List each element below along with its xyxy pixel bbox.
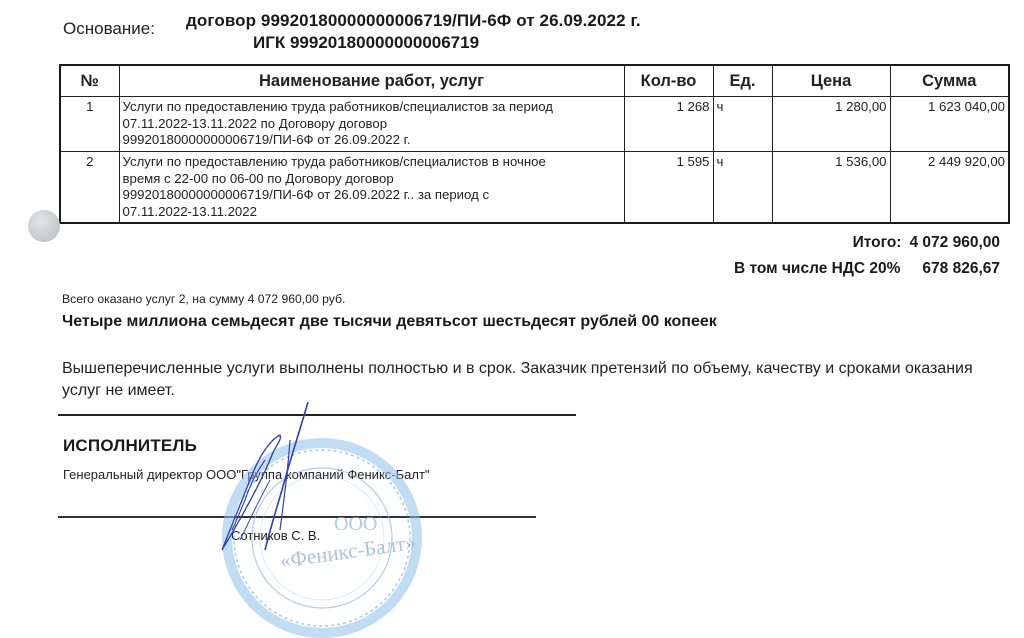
services-table: № Наименование работ, услуг Кол-во Ед. Ц… — [59, 64, 1010, 224]
col-header-price: Цена — [772, 65, 890, 97]
total-label: Итого: — [853, 234, 902, 252]
row-sum: 2 449 920,00 — [890, 152, 1009, 224]
row-service-name: Услуги по предоставлению труда работнико… — [119, 97, 624, 152]
service-name-line: время с 22-00 по 06-00 по Договору догов… — [123, 171, 621, 188]
col-header-sum: Сумма — [890, 65, 1009, 97]
scroll-handle[interactable] — [28, 210, 60, 242]
basis-label: Основание: — [63, 19, 155, 39]
executor-heading: ИСПОЛНИТЕЛЬ — [63, 436, 197, 456]
service-name-line: 99920180000000006719/ПИ-6Ф от 26.09.2022… — [123, 187, 621, 204]
service-name-line: 99920180000000006719/ПИ-6Ф от 26.09.2022… — [123, 132, 621, 149]
col-header-unit: Ед. — [713, 65, 772, 97]
igk-reference: ИГК 99920180000000006719 — [253, 33, 479, 53]
row-qty: 1 268 — [624, 97, 713, 152]
col-header-number: № — [60, 65, 119, 97]
executor-position: Генеральный директор ООО"Группа компаний… — [63, 467, 430, 482]
total-row: Итого:4 072 960,00 — [853, 234, 1000, 252]
row-price: 1 280,00 — [772, 97, 890, 152]
amount-in-words: Четыре миллиона семьдесят две тысячи дев… — [62, 313, 717, 331]
row-number: 1 — [60, 97, 119, 152]
row-service-name: Услуги по предоставлению труда работнико… — [119, 152, 624, 224]
service-name-line: Услуги по предоставлению труда работнико… — [123, 99, 621, 116]
vat-value: 678 826,67 — [922, 260, 1000, 278]
row-number: 2 — [60, 152, 119, 224]
service-name-line: 07.11.2022-13.11.2022 по Договору догово… — [123, 116, 621, 133]
table-row: 2 Услуги по предоставлению труда работни… — [60, 152, 1009, 224]
signature-line — [58, 516, 536, 518]
table-row: 1 Услуги по предоставлению труда работни… — [60, 97, 1009, 152]
col-header-qty: Кол-во — [624, 65, 713, 97]
vat-row: В том числе НДС 20%678 826,67 — [734, 260, 1000, 278]
total-value: 4 072 960,00 — [909, 234, 1000, 252]
row-sum: 1 623 040,00 — [890, 97, 1009, 152]
divider — [58, 414, 576, 416]
handwritten-signature-icon — [210, 400, 330, 570]
table-header-row: № Наименование работ, услуг Кол-во Ед. Ц… — [60, 65, 1009, 97]
row-price: 1 536,00 — [772, 152, 890, 224]
service-name-line: Услуги по предоставлению труда работнико… — [123, 154, 621, 171]
contract-reference: договор 99920180000000006719/ПИ-6Ф от 26… — [186, 11, 641, 31]
row-unit: ч — [713, 97, 772, 152]
completion-statement: Вышеперечисленные услуги выполнены полно… — [62, 358, 982, 402]
col-header-name: Наименование работ, услуг — [119, 65, 624, 97]
row-qty: 1 595 — [624, 152, 713, 224]
services-count-summary: Всего оказано услуг 2, на сумму 4 072 96… — [62, 292, 345, 306]
vat-label: В том числе НДС 20% — [734, 260, 900, 278]
signer-name: Сотников С. В. — [231, 528, 320, 543]
row-unit: ч — [713, 152, 772, 224]
service-name-line: 07.11.2022-13.11.2022 — [123, 204, 621, 221]
